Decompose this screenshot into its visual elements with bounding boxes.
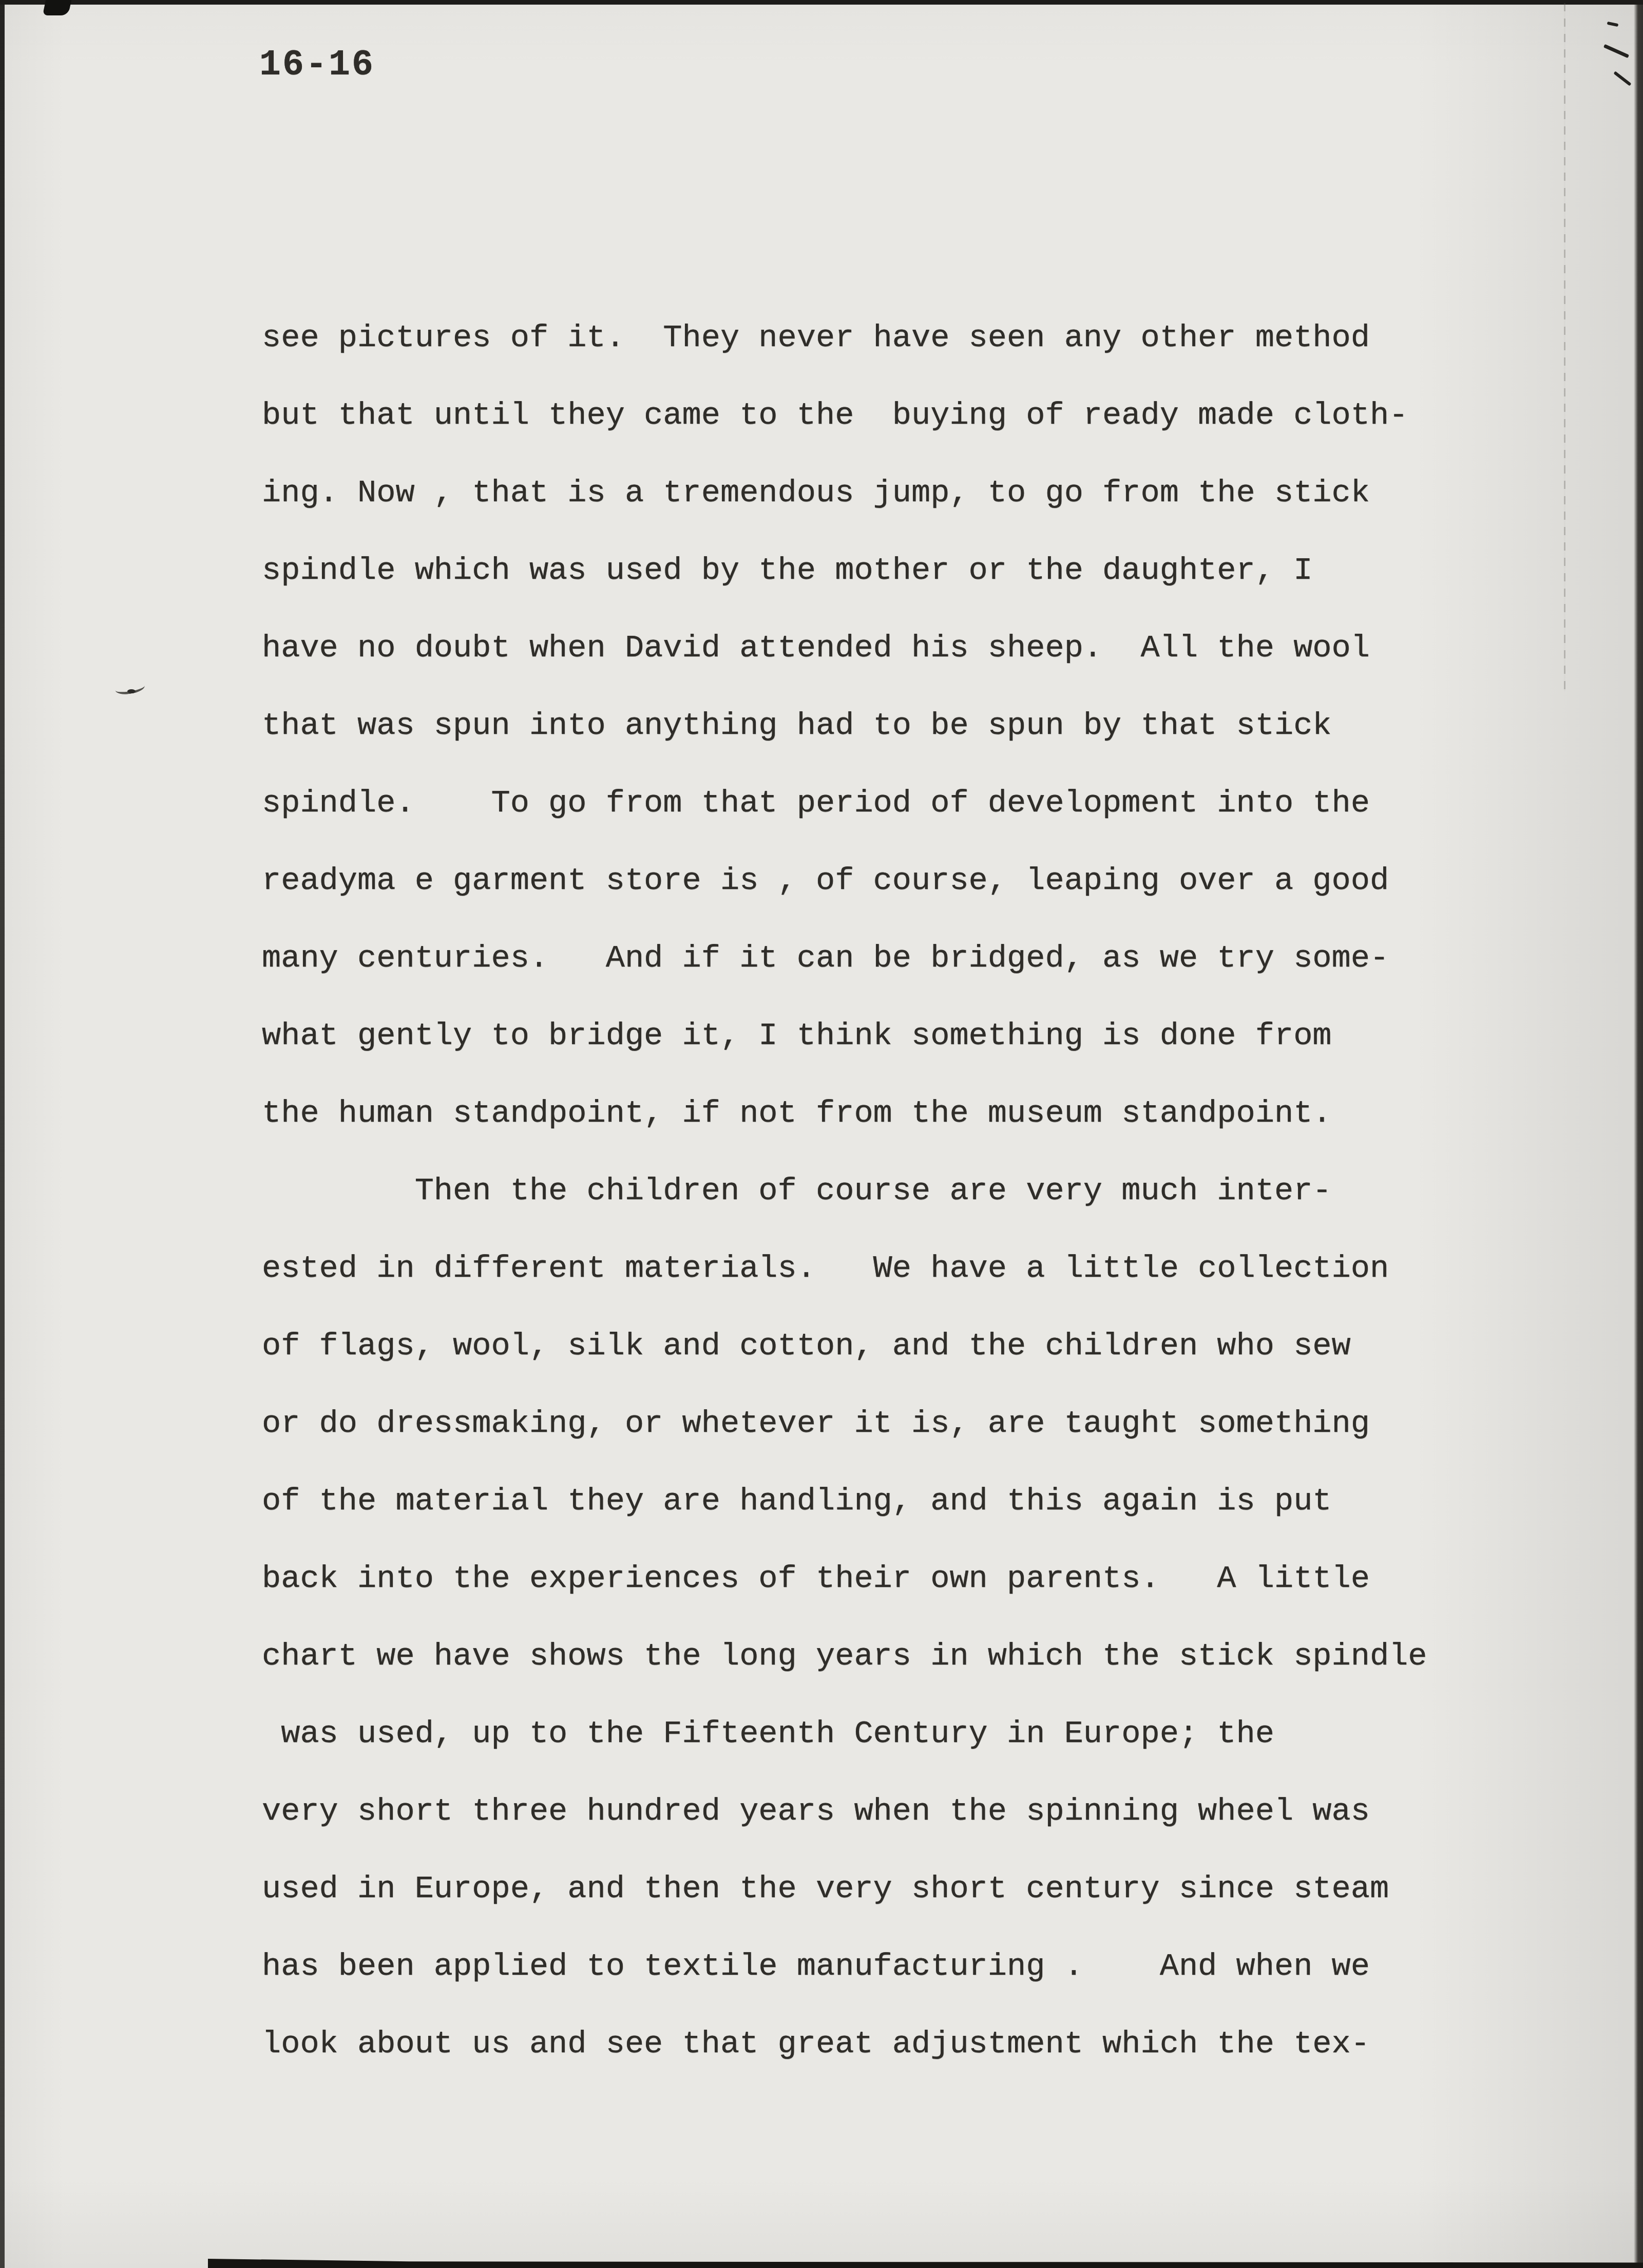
text-line: ested in different materials. We have a … — [262, 1230, 1427, 1307]
text-line: readyma e garment store is , of course, … — [262, 842, 1427, 919]
scan-notch-top-left — [43, 0, 71, 15]
scanned-typewritten-page: 16-16 see pictures of it. They never hav… — [0, 0, 1643, 2268]
text-line: but that until they came to the buying o… — [262, 376, 1427, 454]
text-line: has been applied to textile manufacturin… — [262, 1927, 1427, 2005]
text-line: back into the experiences of their own p… — [262, 1540, 1427, 1617]
ink-speck — [127, 689, 136, 693]
scan-speck-top-right — [1603, 44, 1629, 59]
scan-speck-top-right — [1607, 22, 1619, 27]
scan-edge-right — [1634, 0, 1643, 2268]
scan-speck-top-right — [1613, 71, 1631, 86]
text-line: have no doubt when David attended his sh… — [262, 609, 1427, 687]
text-line: what gently to bridge it, I think someth… — [262, 997, 1427, 1074]
text-line: the human standpoint, if not from the mu… — [262, 1074, 1427, 1152]
text-line: very short three hundred years when the … — [262, 1772, 1427, 1850]
page-number: 16-16 — [259, 45, 375, 86]
text-line: spindle. To go from that period of devel… — [262, 764, 1427, 842]
scan-edge-left — [0, 0, 5, 2268]
ink-squiggle-mark — [114, 680, 146, 696]
text-line: see pictures of it. They never have seen… — [262, 299, 1427, 376]
text-line: of the material they are handling, and t… — [262, 1462, 1427, 1540]
text-line: that was spun into anything had to be sp… — [262, 687, 1427, 764]
text-line: of flags, wool, silk and cotton, and the… — [262, 1307, 1427, 1385]
text-line: spindle which was used by the mother or … — [262, 532, 1427, 609]
text-line: look about us and see that great adjustm… — [262, 2005, 1427, 2083]
text-line: ing. Now , that is a tremendous jump, to… — [262, 454, 1427, 532]
text-line: was used, up to the Fifteenth Century in… — [262, 1695, 1427, 1772]
text-line: or do dressmaking, or whetever it is, ar… — [262, 1385, 1427, 1462]
scan-streak-vertical — [1564, 3, 1565, 691]
text-line: Then the children of course are very muc… — [262, 1152, 1427, 1230]
text-line: many centuries. And if it can be bridged… — [262, 919, 1427, 997]
text-line: used in Europe, and then the very short … — [262, 1850, 1427, 1927]
scan-edge-bottom — [208, 2257, 1643, 2268]
scan-edge-top — [0, 0, 1643, 5]
typewritten-text-block: see pictures of it. They never have seen… — [262, 299, 1427, 2083]
text-line: chart we have shows the long years in wh… — [262, 1617, 1427, 1695]
